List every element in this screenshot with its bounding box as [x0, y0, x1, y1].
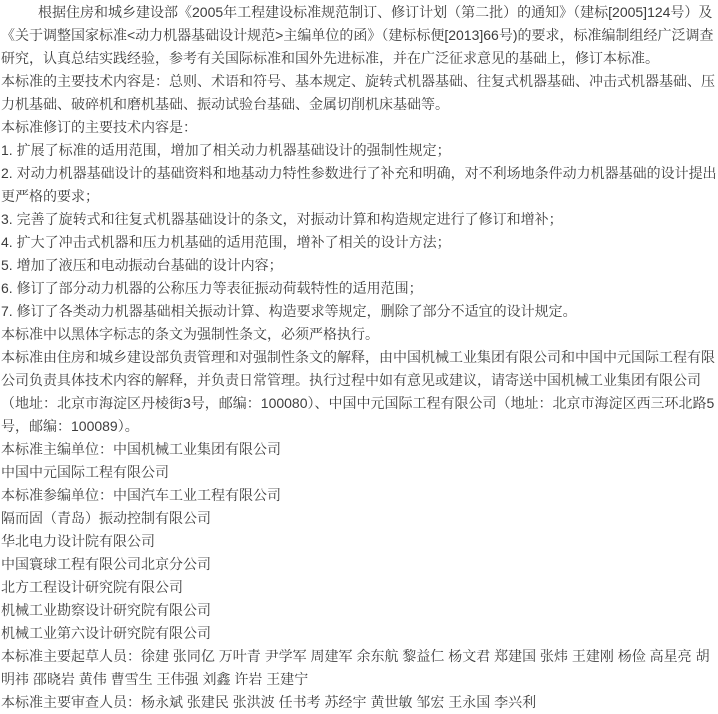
paragraph-chief-editing-org-1: 本标准主编单位：中国机械工业集团有限公司 [1, 438, 718, 461]
document-page: 根据住房和城乡建设部《2005年工程建设标准规范制订、修订计划（第二批）的通知》… [0, 0, 718, 714]
paragraph-revision-item-7: 7. 修订了各类动力机器基础相关振动计算、构造要求等规定，删除了部分不适宜的设计… [1, 300, 718, 323]
document-body: 根据住房和城乡建设部《2005年工程建设标准规范制订、修订计划（第二批）的通知》… [1, 1, 718, 714]
paragraph-revision-item-5: 5. 增加了液压和电动振动台基础的设计内容； [1, 254, 718, 277]
paragraph-participating-org-3: 华北电力设计院有限公司 [1, 530, 718, 553]
paragraph-participating-org-5: 北方工程设计研究院有限公司 [1, 576, 718, 599]
paragraph-chief-editing-org-2: 中国中元国际工程有限公司 [1, 461, 718, 484]
paragraph-main-contents: 本标准的主要技术内容是：总则、术语和符号、基本规定、旋转式机器基础、往复式机器基… [1, 70, 718, 116]
paragraph-participating-org-6: 机械工业勘察设计研究院有限公司 [1, 599, 718, 622]
paragraph-participating-org-7: 机械工业第六设计研究院有限公司 [1, 622, 718, 645]
paragraph-participating-org-2: 隔而固（青岛）振动控制有限公司 [1, 507, 718, 530]
paragraph-revision-item-1: 1. 扩展了标准的适用范围，增加了相关动力机器基础设计的强制性规定； [1, 139, 718, 162]
paragraph-intro: 根据住房和城乡建设部《2005年工程建设标准规范制订、修订计划（第二批）的通知》… [1, 1, 718, 70]
paragraph-revision-item-4: 4. 扩大了冲击式机器和压力机基础的适用范围，增补了相关的设计方法； [1, 231, 718, 254]
paragraph-participating-org-1: 本标准参编单位：中国汽车工业工程有限公司 [1, 484, 718, 507]
paragraph-drafters: 本标准主要起草人员：徐建 张同亿 万叶青 尹学军 周建军 余东航 黎益仁 杨文君… [1, 645, 718, 691]
paragraph-revision-item-3: 3. 完善了旋转式和往复式机器基础设计的条文，对振动计算和构造规定进行了修订和增… [1, 208, 718, 231]
paragraph-participating-org-4: 中国寰球工程有限公司北京分公司 [1, 553, 718, 576]
paragraph-revision-heading: 本标准修订的主要技术内容是： [1, 116, 718, 139]
paragraph-revision-item-6: 6. 修订了部分动力机器的公称压力等表征振动荷载特性的适用范围； [1, 277, 718, 300]
paragraph-revision-item-2: 2. 对动力机器基础设计的基础资料和地基动力特性参数进行了补充和明确，对不利场地… [1, 162, 718, 208]
paragraph-mandatory-provisions: 本标准中以黑体字标志的条文为强制性条文，必须严格执行。 [1, 323, 718, 346]
paragraph-management-and-addresses: 本标准由住房和城乡建设部负责管理和对强制性条文的解释，由中国机械工业集团有限公司… [1, 346, 718, 438]
